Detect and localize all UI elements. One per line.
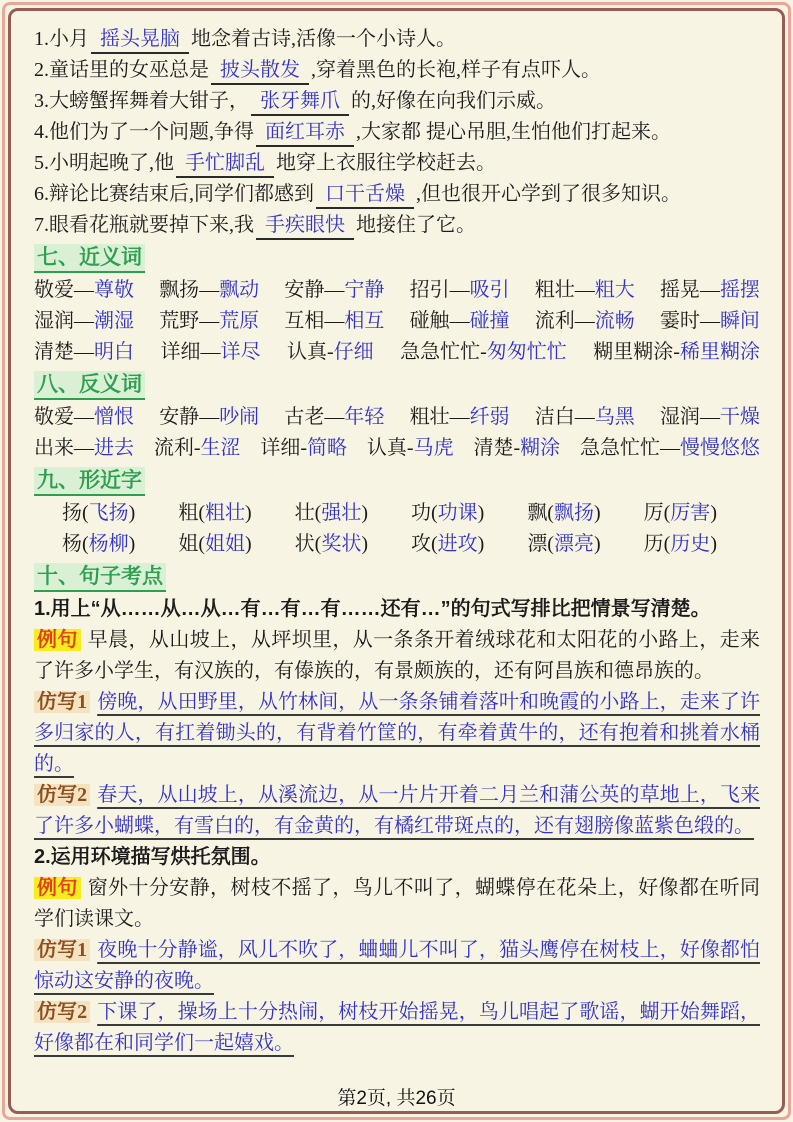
sentence-text: 2.童话里的女巫总是 — [34, 59, 209, 81]
word-pair: 飘扬—飘动 — [159, 275, 259, 306]
imitation-2-paragraph: 仿写2春天，从山坡上，从溪流边，从一片片开着二月兰和蒲公英的草地上，飞来了许多小… — [34, 780, 760, 842]
blank-answer: 手疾眼快 — [256, 213, 354, 240]
similar-char-item: 攻(进攻) — [411, 529, 484, 560]
blank-answer: 手忙脚乱 — [176, 151, 274, 178]
sentence-text: ,但也很开心学到了很多知识。 — [416, 183, 681, 205]
word-pair: 详细-简略 — [260, 433, 347, 464]
example-label: 例句 — [34, 877, 81, 899]
synonym-row: 湿润—潮湿荒野—荒原互相—相互碰触—碰撞流利—流畅霎时—瞬间 — [34, 306, 760, 337]
sentence-text: 地穿上衣服往学校赶去。 — [276, 152, 496, 174]
word-pair: 清楚-糊涂 — [473, 433, 560, 464]
blank-answer: 面红耳赤 — [256, 120, 354, 147]
example-2-paragraph: 例句窗外十分安静，树枝不摇了，鸟儿不叫了，蝴蝶停在花朵上，好像都在听同学们读课文… — [34, 873, 760, 935]
fill-blank-sentence: 3.大螃蟹挥舞着大钳子，张牙舞爪的,好像在向我们示威。 — [34, 86, 760, 117]
antonym-row: 出来—进去流利-生涩详细-简略认真-马虎清楚-糊涂急急忙忙—慢慢悠悠 — [34, 433, 760, 464]
similar-char-row: 扬(飞扬)粗(粗壮)壮(强壮)功(功课)飘(飘扬)厉(厉害) — [62, 498, 717, 529]
word-pair: 流利—流畅 — [535, 306, 635, 337]
blank-answer: 披头散发 — [211, 58, 309, 85]
sentence-text: 1.小月 — [34, 28, 89, 50]
sentence-text: 7.眼看花瓶就要掉下来,我 — [34, 214, 254, 236]
word-pair: 安静—宁静 — [284, 275, 384, 306]
imitation-4-text: 下课了，操场上十分热闹，树枝开始摇晃，鸟儿唱起了歌谣，蝴开始舞蹈，好像都在和同学… — [34, 1001, 760, 1054]
similar-char-item: 厉(厉害) — [644, 498, 717, 529]
sentence-text: 的,好像在向我们示威。 — [351, 90, 556, 112]
fill-blank-sentence: 1.小月摇头晃脑地念着古诗,活像一个小诗人。 — [34, 24, 760, 55]
example-1-text: 早晨，从山坡上，从坪坝里，从一条条开着绒球花和太阳花的小路上，走来了许多小学生，… — [34, 629, 760, 682]
word-pair: 招引—吸引 — [410, 275, 510, 306]
word-pair: 粗壮—纤弱 — [410, 402, 510, 433]
imitation-4-paragraph: 仿写2下课了，操场上十分热闹，树枝开始摇晃，鸟儿唱起了歌谣，蝴开始舞蹈，好像都在… — [34, 997, 760, 1059]
sentence-text: 5.小明起晚了,他 — [34, 152, 174, 174]
sentence-text: 地接住了它。 — [356, 214, 476, 236]
antonym-row: 敬爱—憎恨安静—吵闹古老—年轻粗壮—纤弱洁白—乌黑湿润—干燥 — [34, 402, 760, 433]
blank-answer: 口干舌燥 — [316, 182, 414, 209]
word-pair: 详细—详尽 — [160, 337, 260, 368]
word-pair: 敬爱—尊敬 — [34, 275, 134, 306]
imitation-3-paragraph: 仿写1夜晚十分静谧，风儿不吹了，蛐蛐儿不叫了，猫头鹰停在树枝上，好像都怕惊动这安… — [34, 935, 760, 997]
word-pair: 洁白—乌黑 — [535, 402, 635, 433]
example-2-text: 窗外十分安静，树枝不摇了，鸟儿不叫了，蝴蝶停在花朵上，好像都在听同学们读课文。 — [34, 877, 760, 930]
word-pair: 古老—年轻 — [284, 402, 384, 433]
page-content: 1.小月摇头晃脑地念着古诗,活像一个小诗人。 2.童话里的女巫总是披头散发,穿着… — [34, 24, 760, 1059]
word-pair: 清楚—明白 — [34, 337, 134, 368]
imitation-label: 仿写1 — [34, 691, 90, 713]
example-1-paragraph: 例句早晨，从山坡上，从坪坝里，从一条条开着绒球花和太阳花的小路上，走来了许多小学… — [34, 625, 760, 687]
similar-char-item: 壮(强壮) — [295, 498, 368, 529]
point-2-instruction: 2.运用环境描写烘托氛围。 — [34, 842, 760, 873]
word-pair: 认真-仔细 — [287, 337, 374, 368]
word-pair: 互相—相互 — [284, 306, 384, 337]
fill-blank-sentence: 6.辩论比赛结束后,同学们都感到口干舌燥,但也很开心学到了很多知识。 — [34, 179, 760, 210]
fill-blank-sentence: 2.童话里的女巫总是披头散发,穿着黑色的长袍,样子有点吓人。 — [34, 55, 760, 86]
sentence-text: 4.他们为了一个问题,争得 — [34, 121, 254, 143]
word-pair: 湿润—干燥 — [660, 402, 760, 433]
word-pair: 急急忙忙—慢慢悠悠 — [580, 433, 760, 464]
word-pair: 荒野—荒原 — [159, 306, 259, 337]
sentence-text: ,大家都 提心吊胆,生怕他们打起来。 — [356, 121, 671, 143]
similar-char-row: 杨(杨柳)姐(姐姐)状(奖状)攻(进攻)漂(漂亮)历(历史) — [62, 529, 717, 560]
word-pair: 粗壮—粗大 — [535, 275, 635, 306]
word-pair: 摇晃—摇摆 — [660, 275, 760, 306]
word-pair: 安静—吵闹 — [159, 402, 259, 433]
word-pair: 认真-马虎 — [367, 433, 454, 464]
page-number: 第2页, 共26页 — [0, 1083, 793, 1110]
imitation-1-paragraph: 仿写1傍晚，从田野里，从竹林间，从一条条铺着落叶和晚霞的小路上，走来了许多归家的… — [34, 687, 760, 780]
word-pair: 流利-生涩 — [154, 433, 241, 464]
imitation-2-text: 春天，从山坡上，从溪流边，从一片片开着二月兰和蒲公英的草地上，飞来了许多小蝴蝶，… — [34, 784, 760, 837]
word-pair: 碰触—碰撞 — [410, 306, 510, 337]
similar-char-item: 历(历史) — [644, 529, 717, 560]
similar-char-item: 飘(飘扬) — [527, 498, 600, 529]
word-pair: 湿润—潮湿 — [34, 306, 134, 337]
similar-char-item: 姐(姐姐) — [178, 529, 251, 560]
example-label: 例句 — [34, 629, 81, 651]
section-heading-antonyms: 八、反义词 — [34, 371, 145, 400]
synonym-row: 清楚—明白详细—详尽认真-仔细急急忙忙-匆匆忙忙糊里糊涂-稀里糊涂 — [34, 337, 760, 368]
sentence-text: 地念着古诗,活像一个小诗人。 — [191, 28, 456, 50]
similar-char-item: 扬(飞扬) — [62, 498, 135, 529]
imitation-label: 仿写2 — [34, 784, 90, 806]
section-heading-similar-chars: 九、形近字 — [34, 467, 145, 496]
section-heading-synonyms: 七、近义词 — [34, 244, 145, 273]
fill-blank-sentence: 4.他们为了一个问题,争得面红耳赤,大家都 提心吊胆,生怕他们打起来。 — [34, 117, 760, 148]
word-pair: 霎时—瞬间 — [660, 306, 760, 337]
word-pair: 敬爱—憎恨 — [34, 402, 134, 433]
similar-char-item: 功(功课) — [411, 498, 484, 529]
similar-char-item: 粗(粗壮) — [178, 498, 251, 529]
similar-char-item: 漂(漂亮) — [527, 529, 600, 560]
sentence-text: 3.大螃蟹挥舞着大钳子， — [34, 90, 249, 112]
section-heading-sentence-points: 十、句子考点 — [34, 563, 166, 592]
word-pair: 出来—进去 — [34, 433, 134, 464]
fill-blank-sentence: 5.小明起晚了,他手忙脚乱地穿上衣服往学校赶去。 — [34, 148, 760, 179]
fill-blank-sentence: 7.眼看花瓶就要掉下来,我手疾眼快地接住了它。 — [34, 210, 760, 241]
word-pair: 急急忙忙-匆匆忙忙 — [400, 337, 567, 368]
imitation-1-text: 傍晚，从田野里，从竹林间，从一条条铺着落叶和晚霞的小路上，走来了许多归家的人，有… — [34, 691, 760, 775]
similar-char-item: 状(奖状) — [295, 529, 368, 560]
synonym-row: 敬爱—尊敬飘扬—飘动安静—宁静招引—吸引粗壮—粗大摇晃—摇摆 — [34, 275, 760, 306]
similar-char-item: 杨(杨柳) — [62, 529, 135, 560]
word-pair: 糊里糊涂-稀里糊涂 — [593, 337, 760, 368]
imitation-label: 仿写2 — [34, 1001, 90, 1023]
blank-answer: 张牙舞爪 — [251, 89, 349, 116]
sentence-text: ,穿着黑色的长袍,样子有点吓人。 — [311, 59, 601, 81]
point-1-instruction: 1.用上“从……从…从…有…有…有……还有…”的句式写排比把情景写清楚。 — [34, 594, 760, 625]
blank-answer: 摇头晃脑 — [91, 27, 189, 54]
sentence-text: 6.辩论比赛结束后,同学们都感到 — [34, 183, 314, 205]
imitation-3-text: 夜晚十分静谧，风儿不吹了，蛐蛐儿不叫了，猫头鹰停在树枝上，好像都怕惊动这安静的夜… — [34, 939, 760, 992]
imitation-label: 仿写1 — [34, 939, 90, 961]
